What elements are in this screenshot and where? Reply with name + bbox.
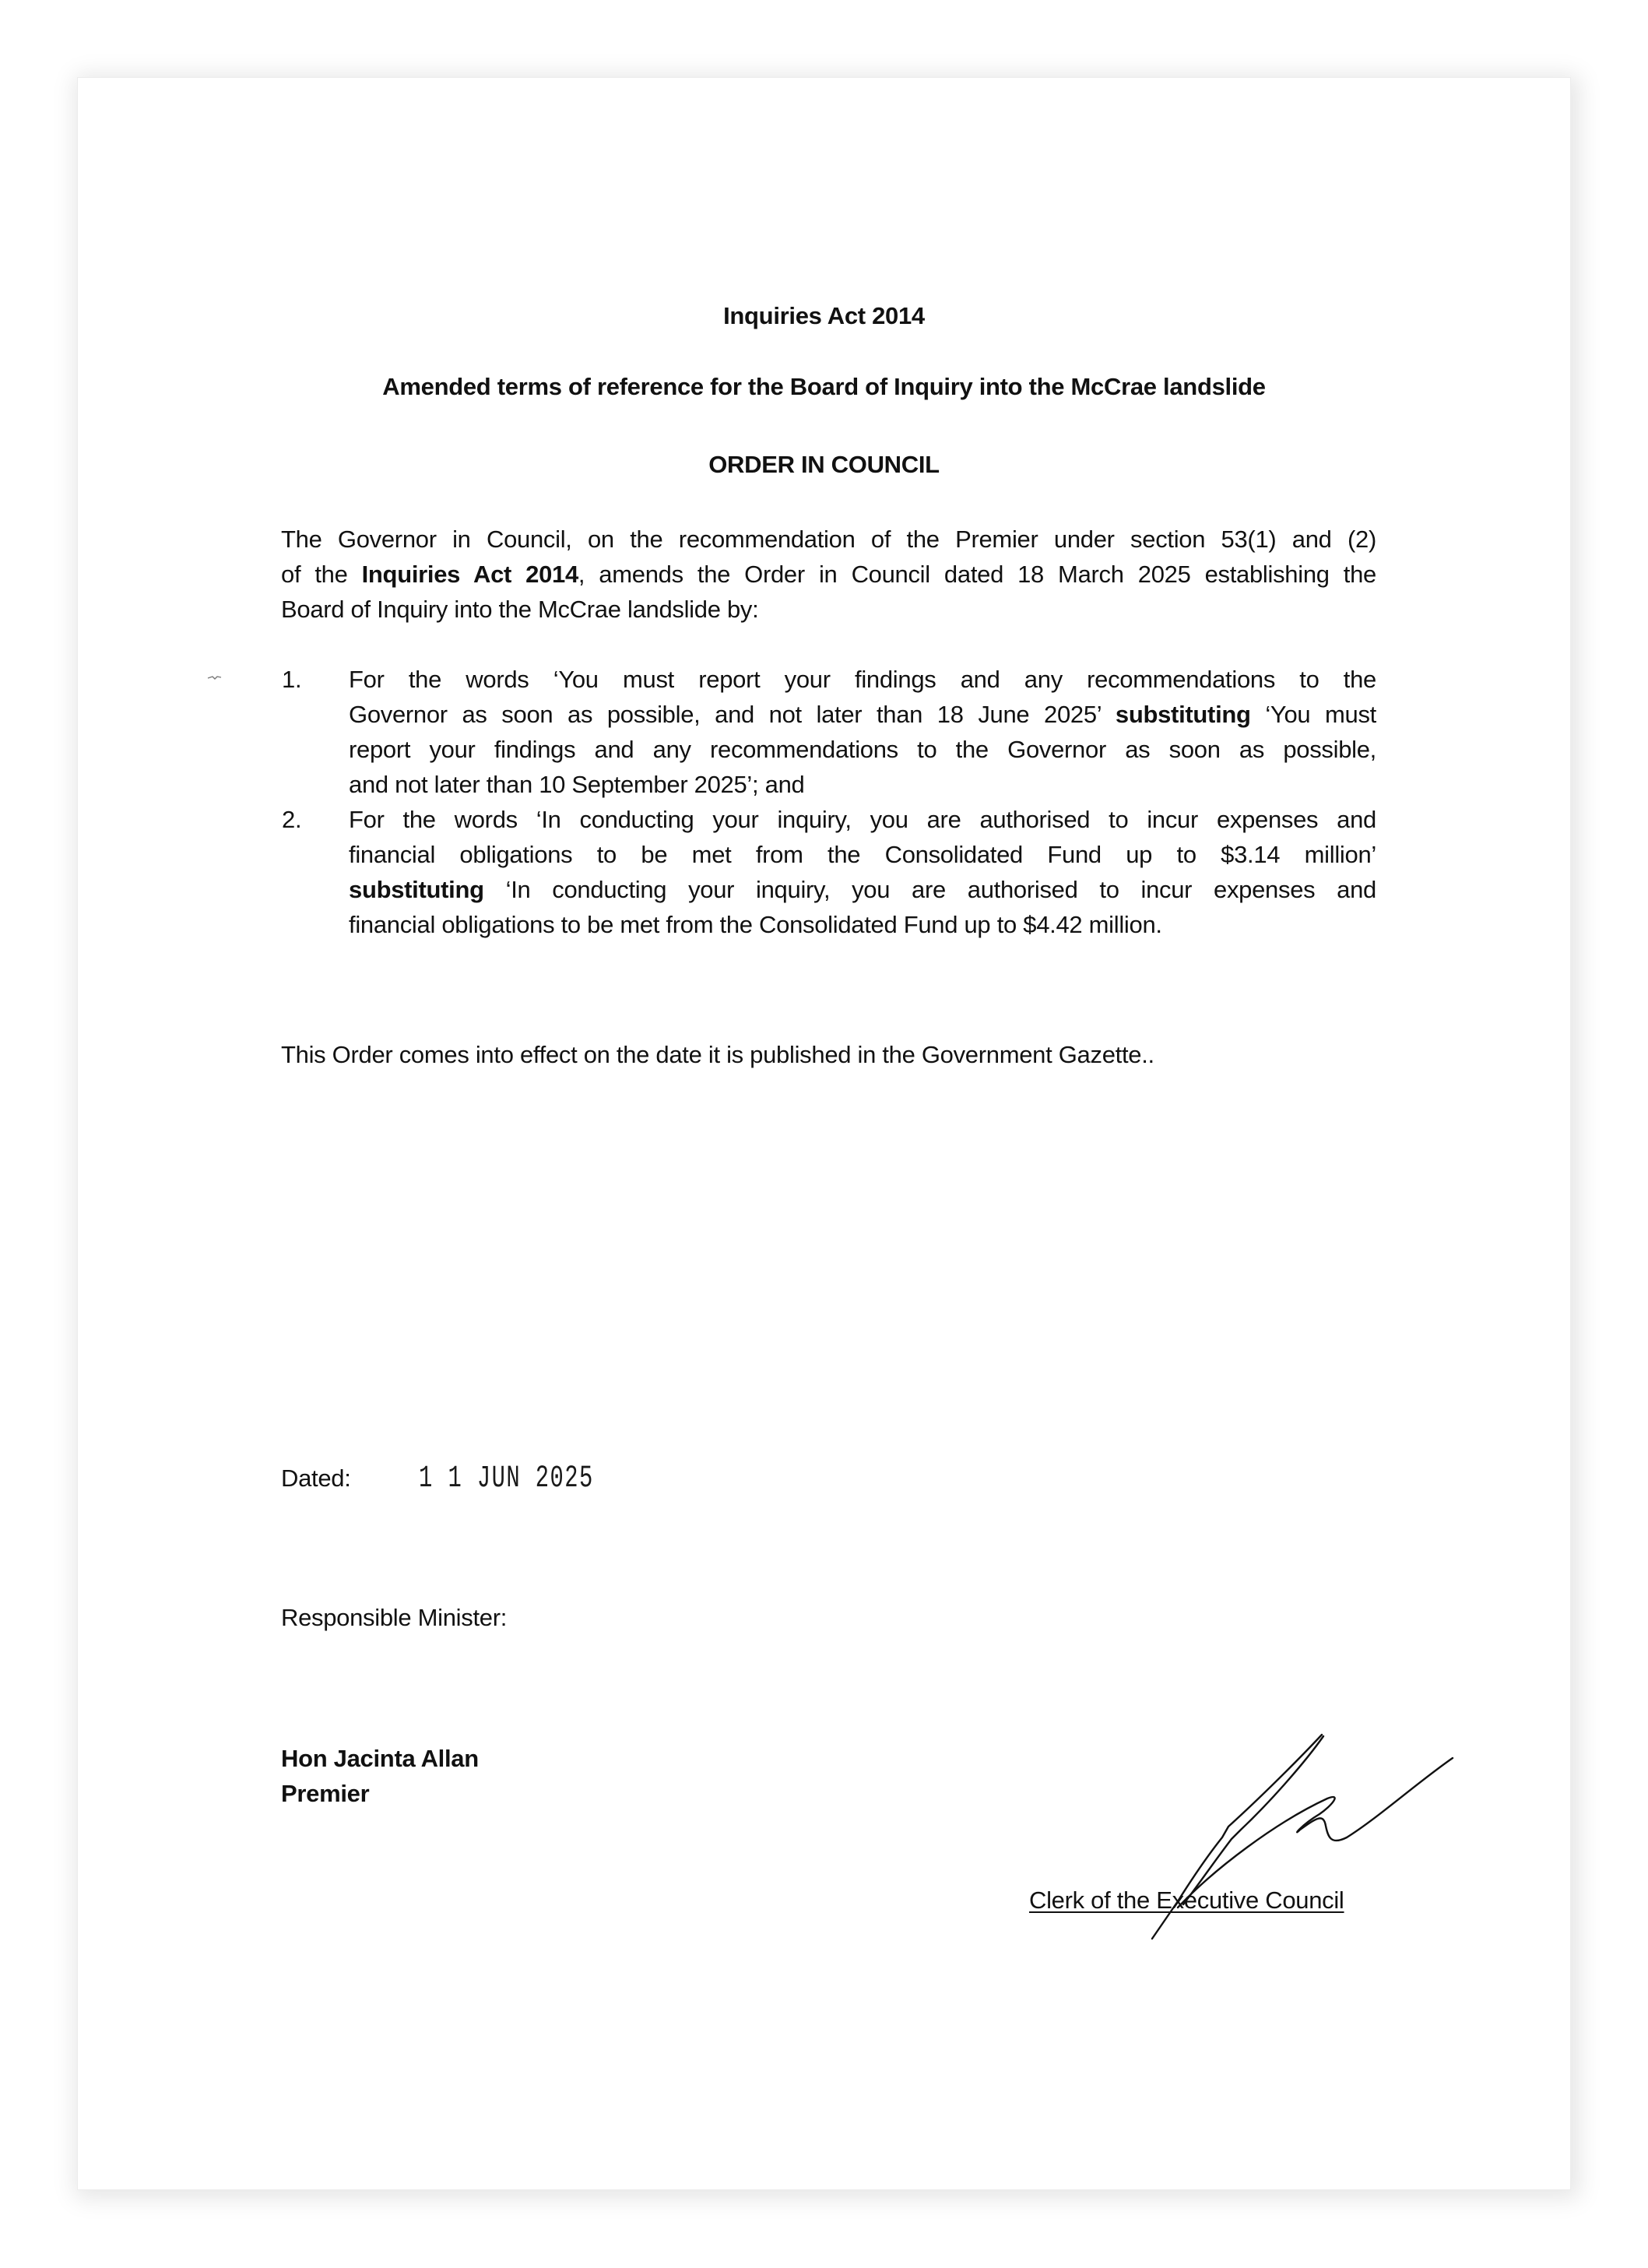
text-line: substituting ‘In conducting your inquiry… [349, 872, 1376, 907]
document-subtitle: Amended terms of reference for the Board… [78, 369, 1570, 404]
document-page: Inquiries Act 2014 Amended terms of refe… [78, 78, 1570, 2189]
amendment-text: For the words ‘In conducting your inquir… [349, 802, 1376, 942]
text-line: report your findings and any recommendat… [349, 732, 1376, 767]
minister-title: Premier [281, 1776, 369, 1811]
scan-artifact-mark-icon [207, 672, 223, 680]
dated-label: Dated: [281, 1461, 351, 1496]
text-line: For the words ‘In conducting your inquir… [349, 802, 1376, 837]
bold-term: substituting [1116, 701, 1251, 728]
text-line: The Governor in Council, on the recommen… [281, 522, 1376, 557]
act-title: Inquiries Act 2014 [78, 298, 1570, 333]
text-line: and not later than 10 September 2025’; a… [349, 767, 1376, 802]
intro-paragraph: The Governor in Council, on the recommen… [281, 522, 1376, 627]
text-line: Governor as soon as possible, and not la… [349, 697, 1376, 732]
text-line: financial obligations to be met from the… [349, 907, 1376, 942]
date-stamp: 1 1 JUN 2025 [419, 1461, 594, 1496]
text-line: financial obligations to be met from the… [349, 837, 1376, 872]
minister-name: Hon Jacinta Allan [281, 1741, 479, 1776]
bold-term: substituting [349, 876, 484, 903]
bold-term: Inquiries Act 2014 [362, 561, 578, 588]
text-line: For the words ‘You must report your find… [349, 662, 1376, 697]
text-line: Board of Inquiry into the McCrae landsli… [281, 592, 1376, 627]
text-line: of the Inquiries Act 2014, amends the Or… [281, 557, 1376, 592]
effect-statement: This Order comes into effect on the date… [281, 1037, 1154, 1072]
amendment-number: 1. [282, 662, 301, 697]
amendment-number: 2. [282, 802, 301, 837]
responsible-minister-label: Responsible Minister: [281, 1600, 507, 1635]
handwritten-signature-icon [1066, 1721, 1471, 1946]
amendment-text: For the words ‘You must report your find… [349, 662, 1376, 802]
order-heading: ORDER IN COUNCIL [78, 447, 1570, 482]
